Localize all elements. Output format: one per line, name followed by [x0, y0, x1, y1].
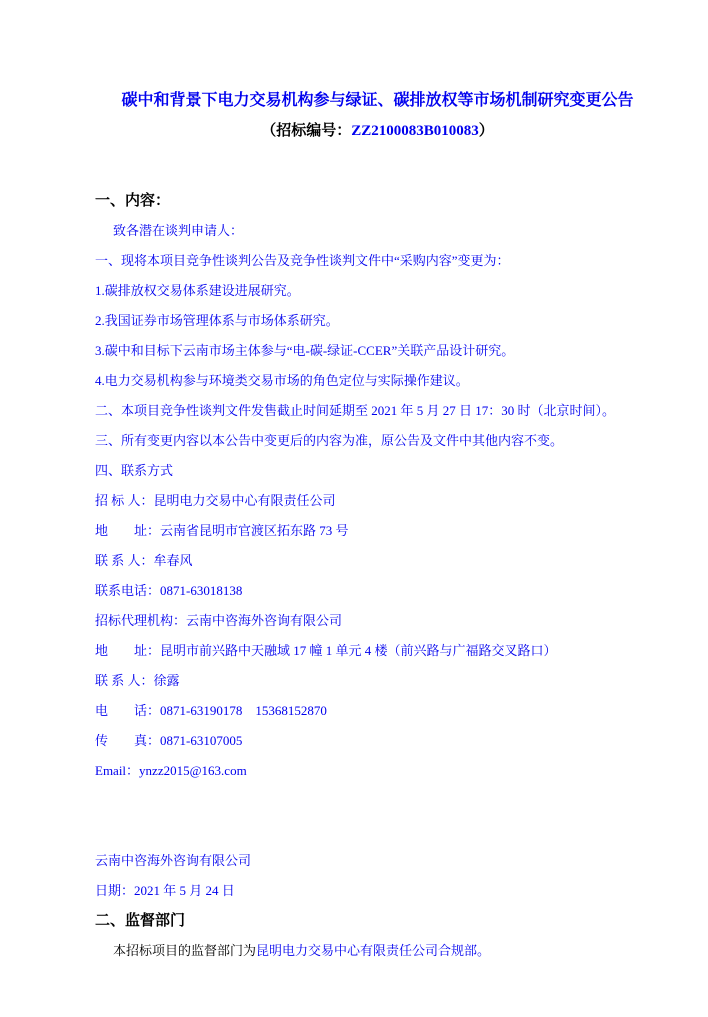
tenderer-contact-line: 联 系 人：牟春风 — [95, 546, 660, 576]
change-validity-line: 三、所有变更内容以本公告中变更后的内容为准，原公告及文件中其他内容不变。 — [95, 426, 660, 456]
salutation-line: 致各潜在谈判申请人： — [95, 216, 660, 246]
deadline-extension-line: 二、本项目竞争性谈判文件发售截止时间延期至 2021 年 5 月 27 日 17… — [95, 396, 660, 426]
tenderer-address-line: 地 址：云南省昆明市官渡区拓东路 73 号 — [95, 516, 660, 546]
supervision-body-black: 本招标项目的监督部门为 — [113, 943, 256, 958]
document-subtitle: （招标编号：ZZ2100083B010083） — [95, 116, 660, 146]
change-list-item-4: 4.电力交易机构参与环境类交易市场的角色定位与实际操作建议。 — [95, 366, 660, 396]
subtitle-suffix: ） — [479, 123, 494, 139]
change-list-item-1: 1.碳排放权交易体系建设进展研究。 — [95, 276, 660, 306]
change-intro-line: 一、现将本项目竞争性谈判公告及竞争性谈判文件中“采购内容”变更为： — [95, 246, 660, 276]
tender-number: ZZ2100083B010083 — [351, 123, 479, 139]
agency-fax-line: 传 真：0871-63107005 — [95, 726, 660, 756]
section-supervision-heading: 二、监督部门 — [95, 906, 660, 936]
supervision-body-blue: 昆明电力交易中心有限责任公司合规部。 — [256, 943, 490, 958]
tenderer-phone-line: 联系电话：0871-63018138 — [95, 576, 660, 606]
change-list-item-3: 3.碳中和目标下云南市场主体参与“电-碳-绿证-CCER”关联产品设计研究。 — [95, 336, 660, 366]
agency-address-line: 地 址：昆明市前兴路中天融域 17 幢 1 单元 4 楼（前兴路与广福路交叉路口… — [95, 636, 660, 666]
change-list-item-2: 2.我国证券市场管理体系与市场体系研究。 — [95, 306, 660, 336]
signature-company: 云南中咨海外咨询有限公司 — [95, 846, 660, 876]
document-page: 碳中和背景下电力交易机构参与绿证、碳排放权等市场机制研究变更公告 （招标编号：Z… — [0, 0, 708, 1017]
section-content-heading: 一、内容： — [95, 186, 660, 216]
agency-phone-line: 电 话：0871-63190178 15368152870 — [95, 696, 660, 726]
contact-section-line: 四、联系方式 — [95, 456, 660, 486]
agency-name-line: 招标代理机构：云南中咨海外咨询有限公司 — [95, 606, 660, 636]
signature-spacer — [95, 786, 660, 846]
subtitle-prefix: （招标编号： — [261, 123, 351, 139]
title-spacer — [95, 146, 660, 186]
supervision-body-line: 本招标项目的监督部门为昆明电力交易中心有限责任公司合规部。 — [95, 936, 660, 966]
agency-contact-line: 联 系 人：徐露 — [95, 666, 660, 696]
tenderer-name-line: 招 标 人：昆明电力交易中心有限责任公司 — [95, 486, 660, 516]
document-title: 碳中和背景下电力交易机构参与绿证、碳排放权等市场机制研究变更公告 — [95, 86, 660, 116]
agency-email-line: Email：ynzz2015@163.com — [95, 756, 660, 786]
signature-date: 日期：2021 年 5 月 24 日 — [95, 876, 660, 906]
